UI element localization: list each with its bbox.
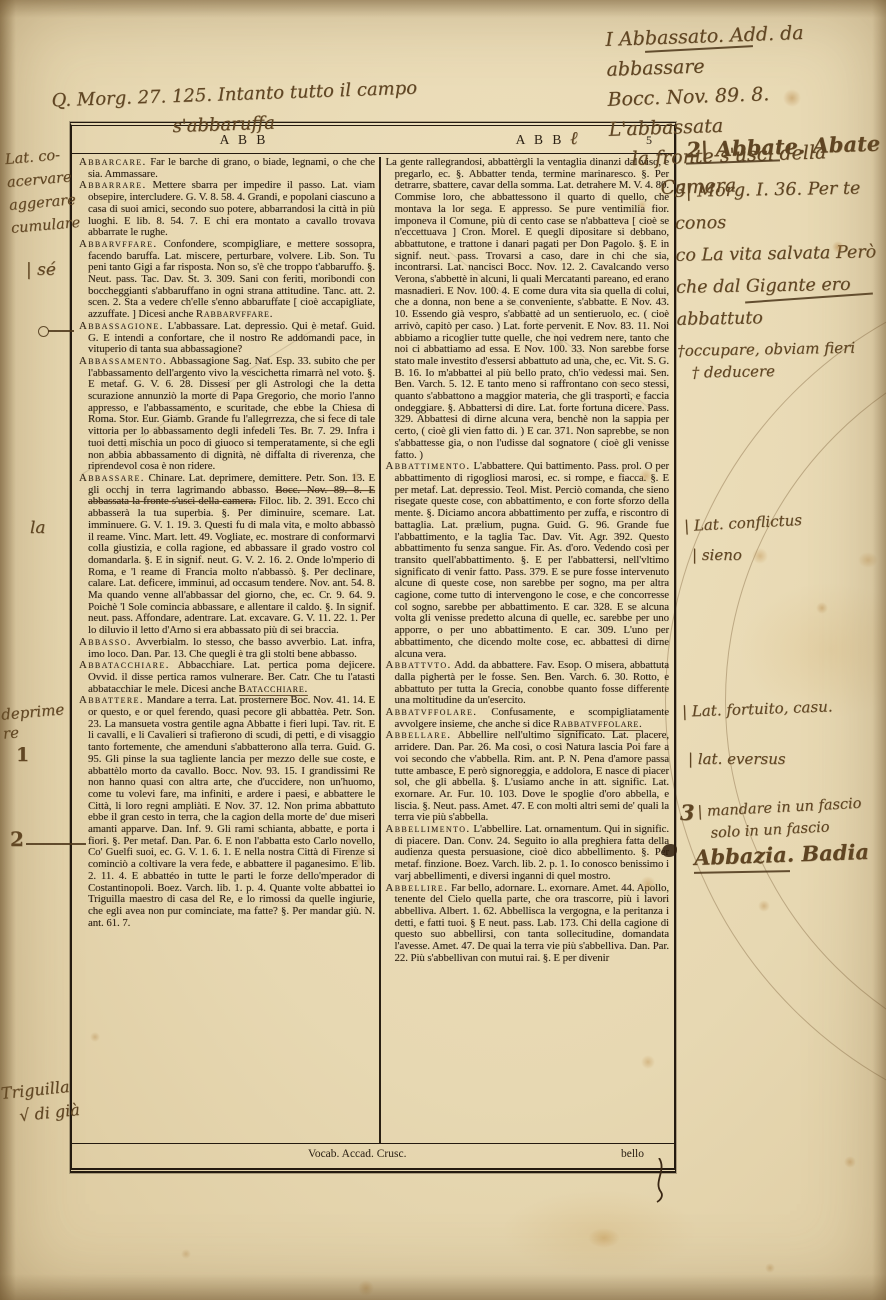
annotation-morgante-1-36: 3| Morg. I. 36. Per te conosco La vita s… bbox=[674, 172, 886, 384]
annotation-sieno: | sieno bbox=[692, 546, 742, 564]
dictionary-entry: Abbattvto. Add. da abbattere. Fav. Esop.… bbox=[386, 660, 670, 707]
dictionary-entry: Abbassare. Chinare. Lat. deprimere, demi… bbox=[79, 473, 375, 637]
pen-line-batacchiare bbox=[26, 843, 86, 845]
annotation-latin-coacervare: Lat. co-acervareaggerarecumulare bbox=[4, 143, 81, 241]
left-column: Abbarcare. Far le barche di grano, o bia… bbox=[79, 157, 375, 1143]
dictionary-entry: Abbarcare. Far le barche di grano, o bia… bbox=[79, 157, 375, 180]
dictionary-entry: Abbellare. Abbellire nell'ultimo signifi… bbox=[386, 730, 670, 824]
dictionary-entry: Abbattere. Mandare a terra. Lat. proster… bbox=[79, 695, 375, 929]
annotation-number-3: 3 bbox=[680, 800, 695, 825]
annotation-deprimere: deprimere bbox=[0, 700, 66, 743]
handwritten-line: 3| Morg. I. 36. Per te conos bbox=[674, 172, 885, 240]
handwritten-line: co La vita salvata Però bbox=[675, 236, 886, 272]
dictionary-entry: Abbarvffare. Confondere, scompigliare, e… bbox=[79, 239, 375, 321]
annotation-la-mark: la bbox=[30, 518, 46, 538]
annotation-eversus: | lat. eversus bbox=[688, 750, 786, 768]
printed-page-frame: A B B A B B ℓ 5 Abbarcare. Far le barche… bbox=[70, 122, 676, 1173]
handwritten-header-mark: ℓ bbox=[570, 128, 578, 149]
header-right-abb: A B B bbox=[500, 132, 580, 148]
annotation-conflictus: | Lat. conflictus bbox=[684, 511, 803, 535]
annotation-abbazia: Abbazia. Badia bbox=[694, 839, 870, 870]
pen-line-circle bbox=[48, 330, 74, 332]
catchword: bello bbox=[621, 1148, 644, 1160]
right-column: La gente rallegrandosi, abbattèrgli la v… bbox=[386, 157, 670, 1143]
scanned-dictionary-page: Q. Morg. 27. 125. Intanto tutto il campo… bbox=[0, 0, 886, 1300]
dictionary-entry: Abbattimento. L'abbattere. Qui battiment… bbox=[386, 461, 670, 660]
handwritten-line: re bbox=[2, 719, 67, 743]
annotation-triguilla: Triguilla√ di già bbox=[0, 1074, 81, 1130]
pen-flourish bbox=[645, 1158, 675, 1203]
annotation-number-1: 1 bbox=[16, 744, 29, 766]
dictionary-entry: Abbassamento. Abbassagione Sag. Nat. Esp… bbox=[79, 356, 375, 473]
dictionary-entry: Abbatvffolare. Confusamente, e scompigli… bbox=[386, 707, 670, 730]
annotation-morgante-27: Q. Morg. 27. 125. Intanto tutto il campo… bbox=[51, 74, 419, 147]
handwritten-line: abbattuto bbox=[676, 300, 886, 336]
dictionary-entry: Abbasso. Avverbialm. lo stesso, che bass… bbox=[79, 637, 375, 660]
page-footer: Vocab. Accad. Crusc. bello bbox=[72, 1143, 674, 1168]
dictionary-entry: Abbassagione. L'abbassare. Lat. depressi… bbox=[79, 321, 375, 356]
volume-signature: Vocab. Accad. Crusc. bbox=[308, 1148, 406, 1160]
annotation-fortuito: | Lat. fortuito, casu. bbox=[682, 697, 833, 720]
handwritten-line: † deducere bbox=[691, 358, 886, 383]
dictionary-entry: Abbellire. Far bello, adornare. L. exorn… bbox=[386, 883, 670, 965]
annotation-se-mark: | sé bbox=[26, 260, 56, 280]
dictionary-entry: Abbellimento. L'abbellire. Lat. ornament… bbox=[386, 824, 670, 883]
annotation-fascio: | mandare in un fasciosolo in un fascio bbox=[697, 793, 863, 846]
annotation-number-2: 2 bbox=[10, 827, 24, 851]
handwritten-line: †occupare, obviam fieri bbox=[677, 336, 886, 362]
pen-underline-abbazia bbox=[694, 870, 790, 873]
column-divider-rule bbox=[379, 157, 381, 1143]
dictionary-entry: Abbatacchiare. Abbacchiare. Lat. pertica… bbox=[79, 660, 375, 695]
text-columns: Abbarcare. Far le barche di grano, o bia… bbox=[72, 154, 674, 1143]
dictionary-entry: Abbarrare. Mettere sbarra per impedire i… bbox=[79, 180, 375, 239]
